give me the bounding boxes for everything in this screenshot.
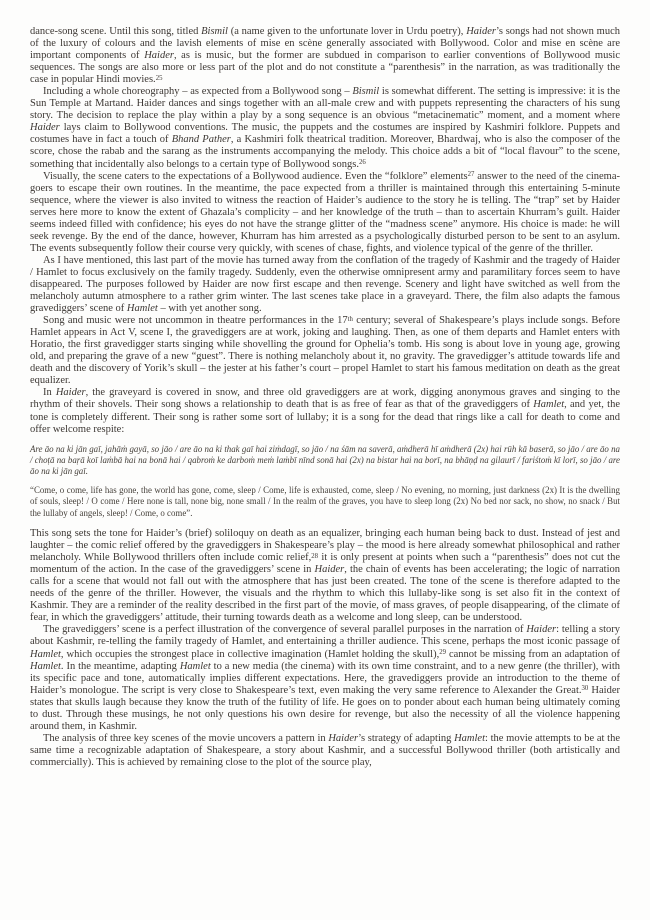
footnote-ref: 26 (359, 159, 366, 166)
italic-run: Bhand Pather (172, 134, 231, 145)
italic-run: Hamlet (533, 399, 564, 410)
footnote-ref: 27 (468, 171, 475, 178)
text-run: In (43, 387, 56, 398)
paragraph-bismil-choreography: Including a whole choreography – as expe… (30, 86, 620, 170)
paragraph-song-sets-tone: This song sets the tone for Haider’s (br… (30, 528, 620, 624)
paragraph-gravediggers-convergence: The gravediggers’ scene is a perfect ill… (30, 624, 620, 732)
paragraph-analysis-pattern: The analysis of three key scenes of the … (30, 733, 620, 769)
text-run: “Come, o come, life has gone, the world … (30, 485, 620, 518)
text-run: The gravediggers’ scene is a perfect ill… (43, 624, 526, 635)
text-run: dance-song scene. Until this song, title… (30, 26, 201, 37)
text-run: , the graveyard is covered in snow, and … (30, 387, 620, 410)
text-run: Are āo na ki jān gaī, jahāṁ gayā, so jāo… (30, 444, 620, 477)
italic-run: Bismil (201, 26, 228, 37)
text-run: Visually, the scene caters to the expect… (43, 171, 468, 182)
footnote-ref: 30 (582, 685, 589, 692)
italic-run: Hamlet (30, 661, 61, 672)
text-run: answer to the need of the cinema-goers t… (30, 171, 620, 254)
italic-run: Haider (144, 50, 174, 61)
page-body: dance-song scene. Until this song, title… (30, 26, 620, 769)
text-run: Including a whole choreography – as expe… (43, 86, 352, 97)
text-run: The analysis of three key scenes of the … (43, 733, 328, 744)
italic-run: Haider (466, 26, 496, 37)
page: { "page": { "background_color": "#fdfdfc… (0, 0, 650, 920)
text-run: . In the meantime, adapting (61, 661, 180, 672)
footnote-ref: th (348, 316, 353, 323)
italic-run: Haider (315, 564, 345, 575)
verse-quote-translation: “Come, o come, life has gone, the world … (30, 485, 620, 519)
text-run: As I have mentioned, this last part of t… (30, 255, 620, 314)
footnote-ref: 29 (439, 649, 446, 656)
paragraph-last-part: As I have mentioned, this last part of t… (30, 255, 620, 315)
italic-run: Haider (56, 387, 86, 398)
text-run: (a name given to the unfortunate lover i… (228, 26, 466, 37)
text-run: ’s strategy of adapting (358, 733, 454, 744)
italic-run: Bismil (352, 86, 379, 97)
italic-run: Hamlet (127, 303, 158, 314)
italic-run: Haider (30, 122, 60, 133)
text-run: Song and music were not uncommon in thea… (43, 315, 348, 326)
italic-run: Haider (328, 733, 358, 744)
italic-run: Hamlet (454, 733, 485, 744)
footnote-ref: 28 (311, 553, 318, 560)
text-run: – with yet another song. (158, 303, 262, 314)
italic-run: Hamlet (180, 661, 211, 672)
italic-run: Haider (526, 624, 556, 635)
text-run: , which occupies the strongest place in … (61, 649, 439, 660)
text-run: cannot be missing from an adaptation of (446, 649, 620, 660)
italic-run: Hamlet (30, 649, 61, 660)
paragraph-visually-scene: Visually, the scene caters to the expect… (30, 171, 620, 255)
paragraph-song-and-music: Song and music were not uncommon in thea… (30, 315, 620, 387)
paragraph-haider-graveyard: In Haider, the graveyard is covered in s… (30, 387, 620, 435)
footnote-ref: 25 (156, 75, 163, 82)
paragraph-continuation: dance-song scene. Until this song, title… (30, 26, 620, 86)
verse-quote-transliteration: Are āo na ki jān gaī, jahāṁ gayā, so jāo… (30, 444, 620, 478)
